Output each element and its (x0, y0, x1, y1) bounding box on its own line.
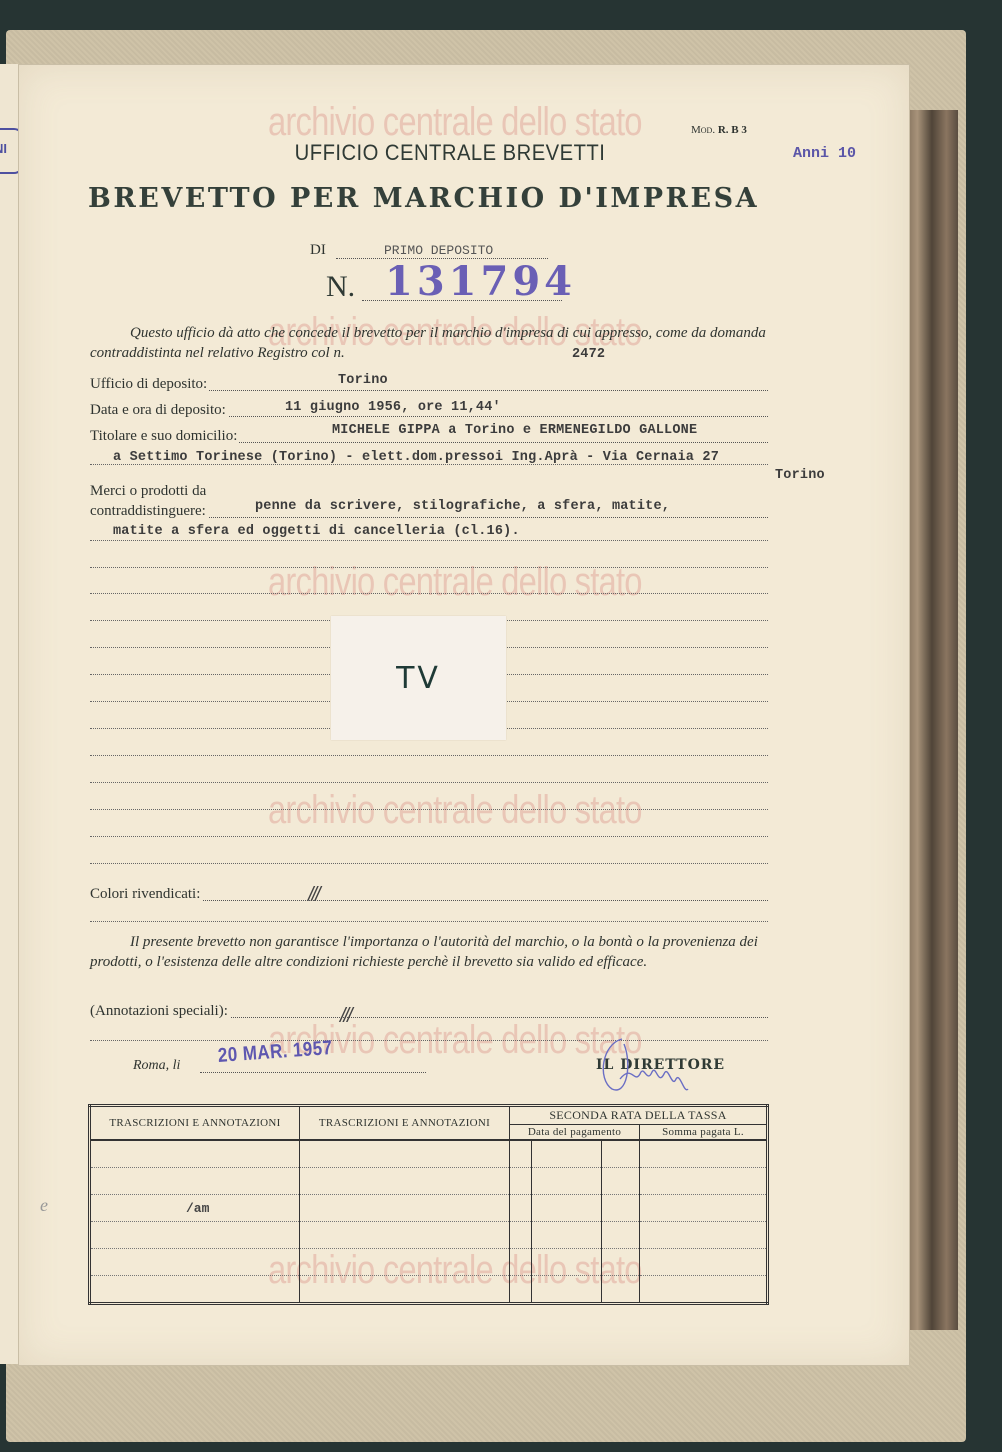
document-title: BREVETTO PER MARCHIO D'IMPRESA (88, 183, 768, 214)
column-group-header: SECONDA RATA DELLA TASSA (510, 1106, 768, 1125)
merci-value-1: penne da scrivere, stilografiche, a sfer… (255, 499, 670, 514)
ufficio-field: Ufficio di deposito: (90, 373, 768, 393)
data-value: 11 giugno 1956, ore 11,44' (285, 400, 501, 415)
watermark: archivio centrale dello stato (268, 100, 642, 145)
dotted-rule (90, 921, 768, 922)
registro-number: 2472 (572, 347, 605, 362)
model-code: Mod. R. B 3 (691, 124, 747, 136)
titolare-value-3: Torino (775, 468, 825, 483)
di-label: DI (310, 242, 326, 259)
dotted-rule (90, 836, 768, 837)
office-heading: UFFICIO CENTRALE BREVETTI (238, 140, 661, 166)
table-row (90, 1168, 768, 1195)
pencil-mark: e (40, 1195, 48, 1216)
column-header: TRASCRIZIONI E ANNOTAZIONI (300, 1106, 510, 1141)
disclaimer-paragraph: Il presente brevetto non garantisce l'im… (90, 932, 770, 972)
colori-field: Colori rivendicati: (90, 883, 768, 903)
column-header: TRASCRIZIONI E ANNOTAZIONI (90, 1106, 300, 1141)
patent-number: 131794 (385, 258, 576, 305)
table-row (90, 1222, 768, 1249)
titolare-value-1: MICHELE GIPPA a Torino e ERMENEGILDO GAL… (332, 423, 697, 438)
annotazioni-field: (Annotazioni speciali): (90, 1000, 768, 1020)
dotted-rule (90, 755, 768, 756)
watermark: archivio centrale dello stato (268, 788, 642, 833)
column-header: Somma pagata L. (640, 1125, 768, 1141)
dotted-rule (90, 782, 768, 783)
signature-icon (592, 1034, 712, 1104)
intro-paragraph: Questo ufficio dà atto che concede il br… (90, 323, 770, 363)
dotted-rule (90, 593, 768, 594)
table-row (90, 1249, 768, 1276)
di-value: PRIMO DEPOSITO (336, 243, 548, 259)
dotted-rule (90, 863, 768, 864)
annotazioni-value: /// (340, 1005, 351, 1028)
merci-value-2: matite a sfera ed oggetti di cancelleria… (113, 524, 520, 539)
table-row (90, 1276, 768, 1304)
register-table: TRASCRIZIONI E ANNOTAZIONI TRASCRIZIONI … (88, 1104, 769, 1305)
table-row: /am (90, 1195, 768, 1222)
roma-label: Roma, li (133, 1058, 180, 1074)
number-label: N. (326, 270, 355, 304)
column-header: Data del pagamento (510, 1125, 640, 1141)
dotted-rule (90, 540, 768, 541)
anni-stamp: Anni 10 (793, 145, 856, 162)
dotted-rule (90, 809, 768, 810)
trademark-specimen: TV (331, 616, 506, 740)
merci-label-1: Merci o prodotti da (90, 480, 768, 500)
table-row (90, 1140, 768, 1168)
ufficio-value: Torino (338, 373, 388, 388)
colori-value: /// (308, 884, 319, 907)
titolare-value-2: a Settimo Torinese (Torino) - elett.dom.… (113, 450, 719, 465)
dotted-rule (90, 567, 768, 568)
date-line (200, 1072, 426, 1073)
trademark-text: TV (396, 661, 441, 696)
